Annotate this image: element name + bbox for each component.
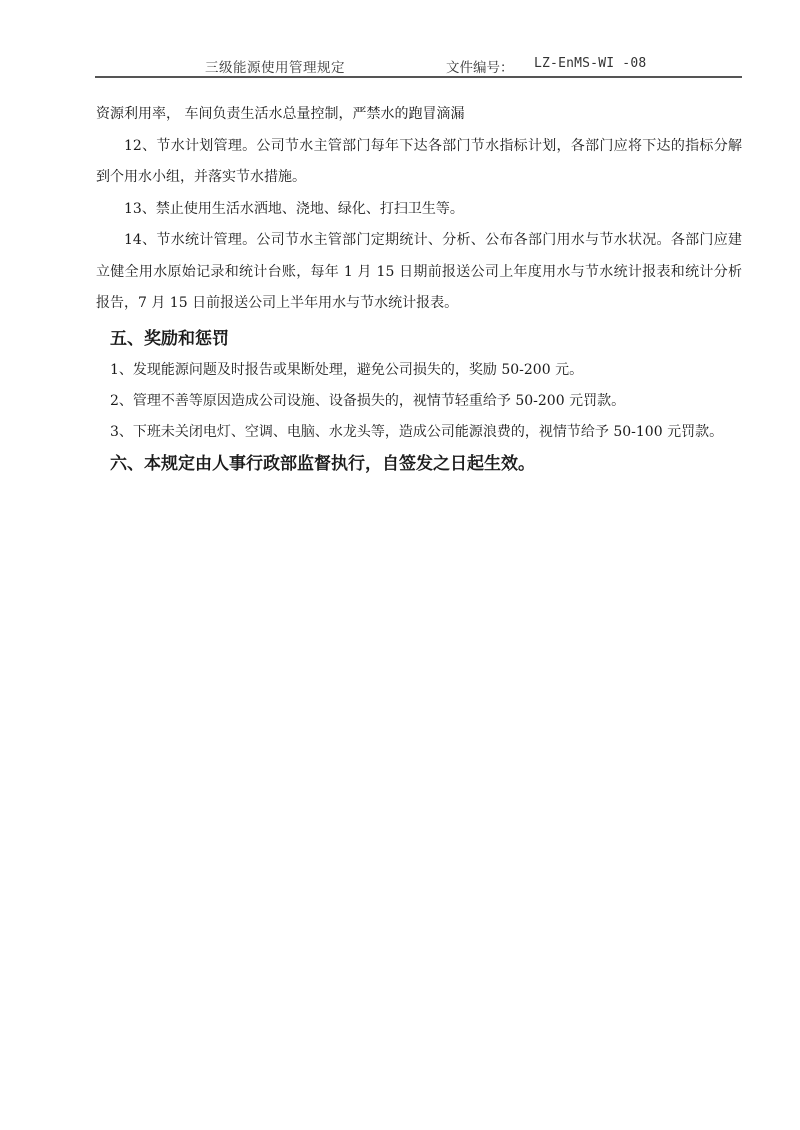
clause-13: 13、禁止使用生活水洒地、浇地、绿化、打扫卫生等。 — [96, 194, 742, 226]
clause-number: 12、 — [124, 138, 156, 154]
clause-text: 禁止使用生活水洒地、浇地、绿化、打扫卫生等。 — [156, 201, 464, 217]
document-body: 资源利用率， 车间负责生活水总量控制，严禁水的跑冒滴漏 12、节水计划管理。公司… — [96, 99, 742, 476]
penalty-item-2: 2、管理不善等原因造成公司设施、设备损失的，视情节轻重给予 50-200 元罚款… — [96, 386, 742, 417]
penalty-item-3: 3、下班未关闭电灯、空调、电脑、水龙头等，造成公司能源浪费的，视情节给予 50-… — [96, 417, 742, 448]
clause-number: 13、 — [124, 201, 156, 217]
page-header: 三级能源使用管理规定 文件编号： LZ-EnMS-WI -08 — [96, 56, 742, 76]
clause-text: 节水计划管理。公司节水主管部门每年下达各部门节水指标计划，各部门应将下达的指标分… — [96, 138, 742, 186]
document-title: 三级能源使用管理规定 — [205, 56, 345, 76]
continuation-paragraph: 资源利用率， 车间负责生活水总量控制，严禁水的跑冒滴漏 — [96, 99, 742, 131]
section-heading-effective: 六、本规定由人事行政部监督执行，自签发之日起生效。 — [96, 452, 742, 476]
clause-text: 节水统计管理。公司节水主管部门定期统计、分析、公布各部门用水与节水状况。各部门应… — [96, 232, 742, 311]
section-heading-rewards-penalties: 五、奖励和惩罚 — [96, 328, 742, 350]
clause-number: 14、 — [124, 232, 156, 248]
clause-14: 14、节水统计管理。公司节水主管部门定期统计、分析、公布各部门用水与节水状况。各… — [96, 225, 742, 320]
reward-item-1: 1、发现能源问题及时报告或果断处理，避免公司损失的，奖励 50-200 元。 — [96, 355, 742, 386]
document-code: LZ-EnMS-WI -08 — [534, 56, 646, 71]
header-divider — [95, 76, 742, 78]
clause-12: 12、节水计划管理。公司节水主管部门每年下达各部门节水指标计划，各部门应将下达的… — [96, 131, 742, 194]
document-code-label: 文件编号： — [446, 56, 514, 76]
